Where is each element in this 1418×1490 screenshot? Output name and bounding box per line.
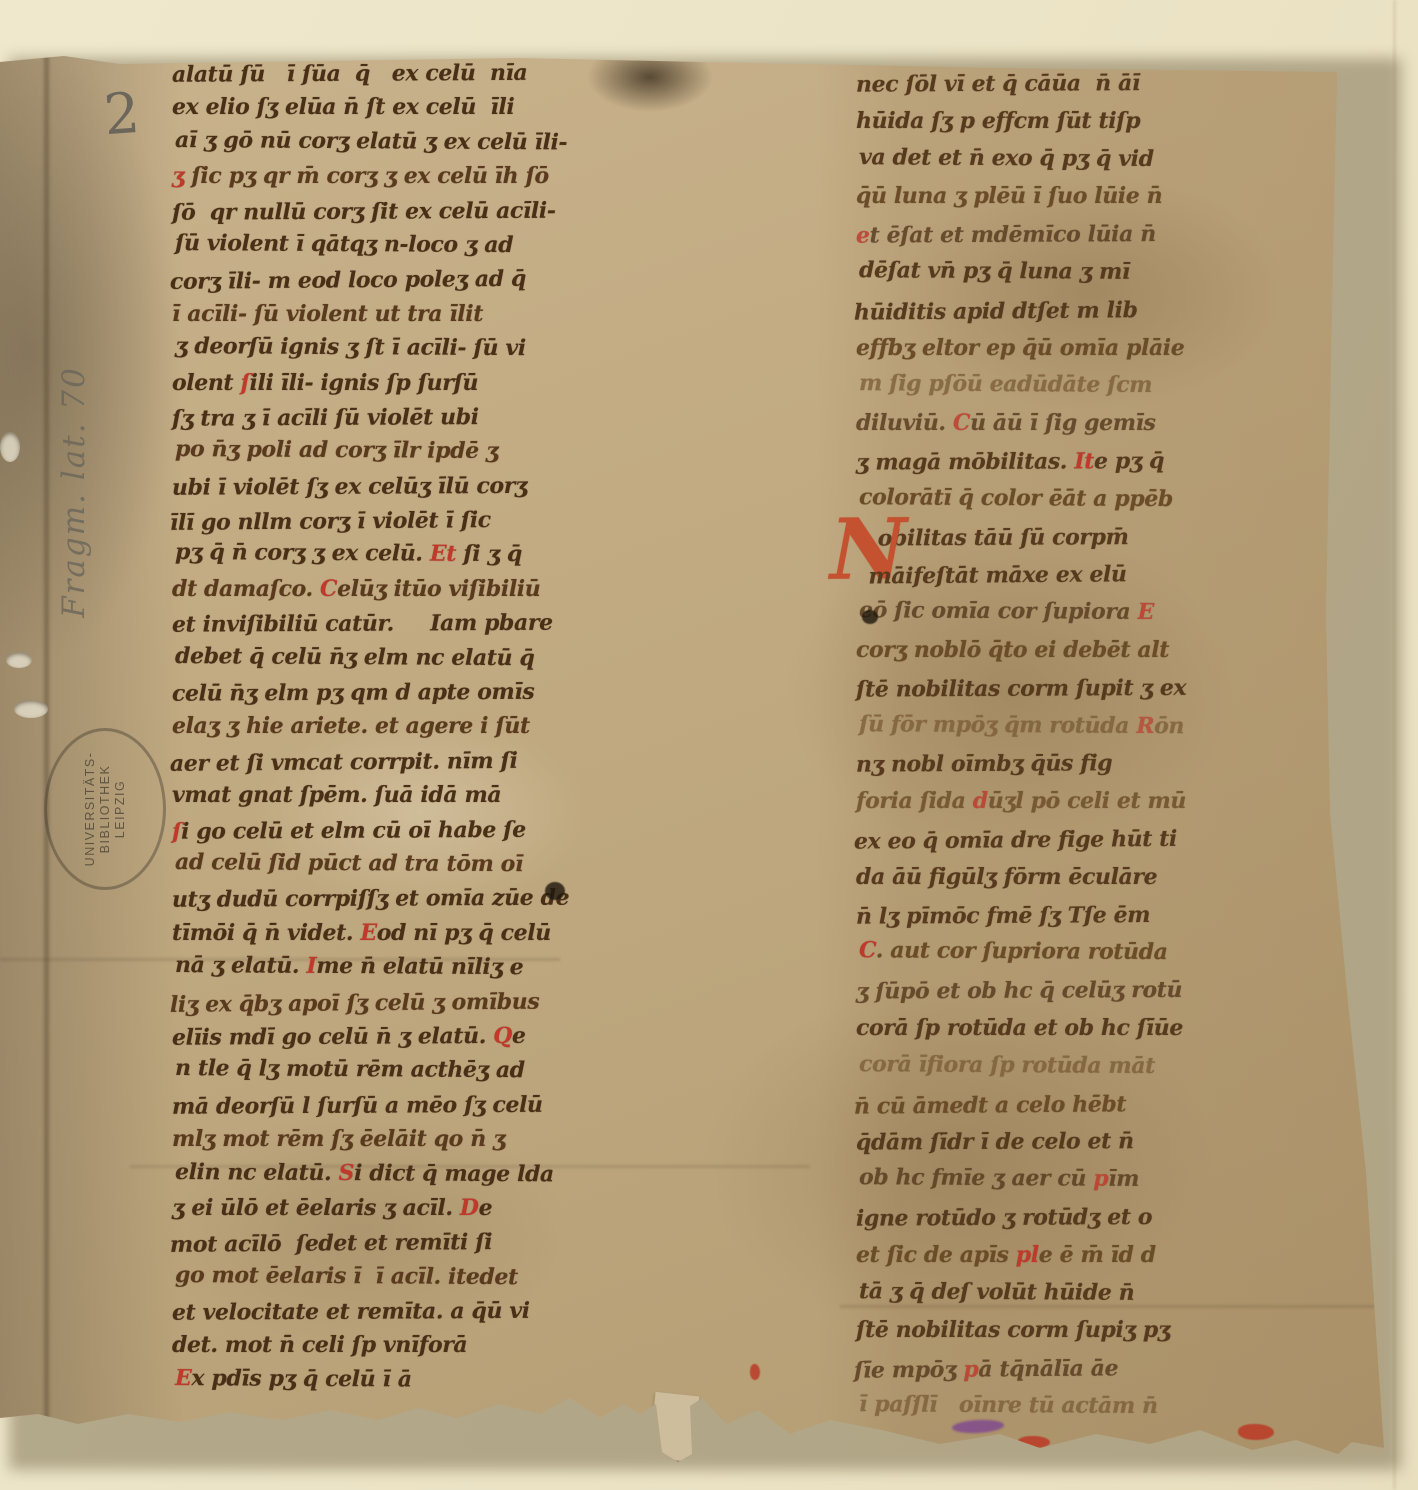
text-line: et velocitate et remīta. a q̄ū vi xyxy=(172,1296,822,1334)
text-line: q̄ū luna ʒ plēū ī ſuo lūie n̄ xyxy=(856,183,1418,221)
text-line: ʒ ſic pʒ qr m̄ corʒ ʒ ex celū īh ſō xyxy=(172,163,822,197)
text-line: ſīe mpōʒ pā tq̄nālīa āe xyxy=(854,1352,1418,1395)
text-line: va det et n̄ exo q̄ pʒ q̄ vid xyxy=(859,144,1418,185)
text-line: ex elio ſʒ elūa n̄ ſt ex celū īli xyxy=(172,94,822,128)
text-line: da āū figūlʒ fōrm ēculāre xyxy=(856,864,1418,902)
text-line: ſtē nobilitas corm ſupiʒ pʒ xyxy=(856,1317,1418,1355)
text-line: vmat gnat ſpēm. ſuā idā mā xyxy=(172,782,822,816)
text-line: n̄ cū āmedt a celo hēbt xyxy=(854,1088,1418,1131)
text-line: corʒ īli- m eod loco poleʒ ad q̄ xyxy=(170,264,820,304)
rubric-mark: S xyxy=(338,1160,354,1186)
rubric-mark: Q xyxy=(493,1023,512,1049)
rubric-mark: ʒ xyxy=(172,163,184,189)
parchment-fragment: 2 Fragm. lat. 70 UNIVERSITÄTS- BIBLIOTHE… xyxy=(0,52,1392,1464)
text-line: et ſic de apīs ple ē m̄ īd d xyxy=(856,1242,1418,1280)
text-line: liʒ ex q̄bʒ apoī ſʒ celū ʒ omībus xyxy=(170,986,820,1026)
text-line: ī paſſlī oīnre tū actām n̄ xyxy=(859,1391,1418,1432)
text-line: aer et ſi vmcat corrpit. nīm ſi xyxy=(170,745,820,785)
text-line: tā ʒ q̄ deſ volūt hūide n̄ xyxy=(859,1278,1418,1319)
rubric-mark: E xyxy=(175,1365,192,1391)
text-line: corā ſp rotūda et ob hc ſīūe xyxy=(856,1015,1418,1053)
rubric-mark: e xyxy=(856,223,870,249)
rubric-mark: p xyxy=(1093,1166,1108,1192)
text-line: ubi ī violēt ſʒ ex celūʒ īlū corʒ xyxy=(172,471,822,509)
text-line: ʒ ei ūlō et ēelaris ʒ acīl. De xyxy=(172,1195,822,1229)
spine-crease xyxy=(42,52,51,1464)
rubric-mark: ſ xyxy=(172,818,181,844)
text-line: elīis mdī go celū n̄ ʒ elatū. Qe xyxy=(172,1021,822,1059)
text-line: n tle q̄ lʒ motū rēm acthēʒ ad xyxy=(175,1055,825,1093)
manuscript-photo: 2 Fragm. lat. 70 UNIVERSITÄTS- BIBLIOTHE… xyxy=(0,0,1418,1490)
ink-blot xyxy=(862,610,878,624)
text-line: elin nc elatū. Si dict q̄ mage lda xyxy=(175,1159,825,1197)
rubric-mark: E xyxy=(360,920,376,946)
text-line: igne rotūdo ʒ rotūdʒ et o xyxy=(856,1202,1418,1243)
text-line: ſʒ tra ʒ ī acīli ſū violēt ubi xyxy=(172,402,822,440)
text-line: corā īfiora ſp rotūda māt xyxy=(859,1051,1418,1092)
text-line: ſi go celū et elm cū oī habe ſe xyxy=(172,815,822,853)
text-line: ʒ ſūpō et ob hc q̄ celūʒ rotū xyxy=(856,976,1418,1017)
text-line: īlī go nllm corʒ ī violēt ī ſic xyxy=(170,504,820,544)
stamp-line: BIBLIOTHEK xyxy=(97,765,113,854)
text-line: hūida ſʒ p effcm ſūt tiſp xyxy=(856,108,1418,146)
text-line: alatū ſū ī ſūa q̄ ex celū nīa xyxy=(172,58,822,96)
text-line: ad celū ſid pūct ad tra tōm oī xyxy=(175,849,825,887)
red-fleck xyxy=(1238,1424,1274,1440)
text-line: mlʒ mot rēm ſʒ ēelāit qo n̄ ʒ xyxy=(172,1126,822,1160)
binding-hole xyxy=(6,652,32,668)
pencil-shelfmark: Fragm. lat. 70 xyxy=(56,322,100,662)
text-column-left: alatū ſū ī ſūa q̄ ex celū nīaex elio ſʒ … xyxy=(172,60,822,1401)
text-line: debet q̄ celū n̄ʒ elm nc elatū q̄ xyxy=(175,643,825,681)
text-line: det. mot n̄ celi ſp vnīforā xyxy=(172,1332,822,1366)
text-line: aī ʒ gō nū corʒ elatū ʒ ex celū īli- xyxy=(175,127,825,165)
ink-blot xyxy=(545,882,565,900)
text-line: mot acīlō ſedet et remīti ſi xyxy=(170,1226,820,1266)
text-line: n̄ lʒ pīmōc fmē ſʒ Tſe ēm xyxy=(856,900,1418,941)
rubric-mark: C xyxy=(953,410,970,436)
rubric-mark: D xyxy=(460,1195,479,1221)
text-line: go mot ēelaris ī ī acīl. itedet xyxy=(175,1262,825,1300)
rubric-mark: It xyxy=(1074,448,1094,474)
text-line: Ex pdīs pʒ q̄ celū ī ā xyxy=(175,1365,825,1403)
text-line: po n̄ʒ poli ad corʒ īlr ipdē ʒ xyxy=(175,436,825,474)
text-line: olent ſili īli- ignis ſp ſurſū xyxy=(172,370,822,404)
binding-hole xyxy=(14,700,48,718)
text-line: dt damaſco. Celūʒ itūo viſibiliū xyxy=(172,576,822,610)
rubric-mark: Et xyxy=(430,541,456,567)
text-line: utʒ dudū corrpiſſʒ et omīa zūe de xyxy=(172,884,822,922)
library-stamp: UNIVERSITÄTS- BIBLIOTHEK LEIPZIG xyxy=(44,728,166,890)
text-line: ſū violent ī qātqʒ n-loco ʒ ad xyxy=(175,230,825,268)
rubric-mark: E xyxy=(1137,599,1154,625)
text-line: ob hc fmīe ʒ aer cū pīm xyxy=(859,1164,1418,1205)
text-line: tīmōi q̄ n̄ videt. Eod nī pʒ q̄ celū xyxy=(172,920,822,954)
rubric-mark: R xyxy=(1136,712,1154,738)
text-line: nec ſōl vī et q̄ cāūa n̄ āī xyxy=(856,68,1418,109)
rubric-mark: C xyxy=(859,938,876,964)
text-line: elaʒ ʒ hie ariete. et agere i ſūt xyxy=(172,713,822,747)
text-line: ī acīli- ſū violent ut tra īlit xyxy=(172,301,822,335)
rubric-mark: I xyxy=(306,953,316,979)
text-line: ʒ deorſū ignis ʒ ſt ī acīli- ſū vi xyxy=(175,333,825,371)
pencil-folio-number: 2 xyxy=(102,81,142,148)
text-line: celū n̄ʒ elm pʒ qm d apte omīs xyxy=(172,677,822,715)
rubric-mark: ſ xyxy=(240,370,249,396)
stamp-line: UNIVERSITÄTS- xyxy=(82,752,98,867)
text-line: et inviſibiliū catūr. Iam pbare xyxy=(172,609,822,647)
text-line: q̄dām ſīdr ī de celo et n̄ xyxy=(856,1127,1418,1168)
rubric-mark: d xyxy=(973,788,988,814)
text-line: pʒ q̄ n̄ corʒ ʒ ex celū. Et ſi ʒ q̄ xyxy=(175,540,825,578)
stamp-line: LEIPZIG xyxy=(112,780,128,838)
binding-hole xyxy=(0,432,20,462)
rubric-mark: p xyxy=(963,1357,978,1383)
text-line: mā deorſū l ſurſū a mēo ſʒ celū xyxy=(172,1090,822,1128)
rubric-mark: C xyxy=(320,576,337,602)
text-line: nā ʒ elatū. Ime n̄ elatū nīliʒ e xyxy=(175,952,825,990)
rubric-mark: pl xyxy=(1016,1242,1039,1268)
red-fleck xyxy=(750,1364,760,1380)
text-line: ſō qr nullū corʒ ſit ex celū acīli- xyxy=(172,196,822,234)
text-line: C. aut cor ſupriora rotūda xyxy=(859,938,1418,979)
